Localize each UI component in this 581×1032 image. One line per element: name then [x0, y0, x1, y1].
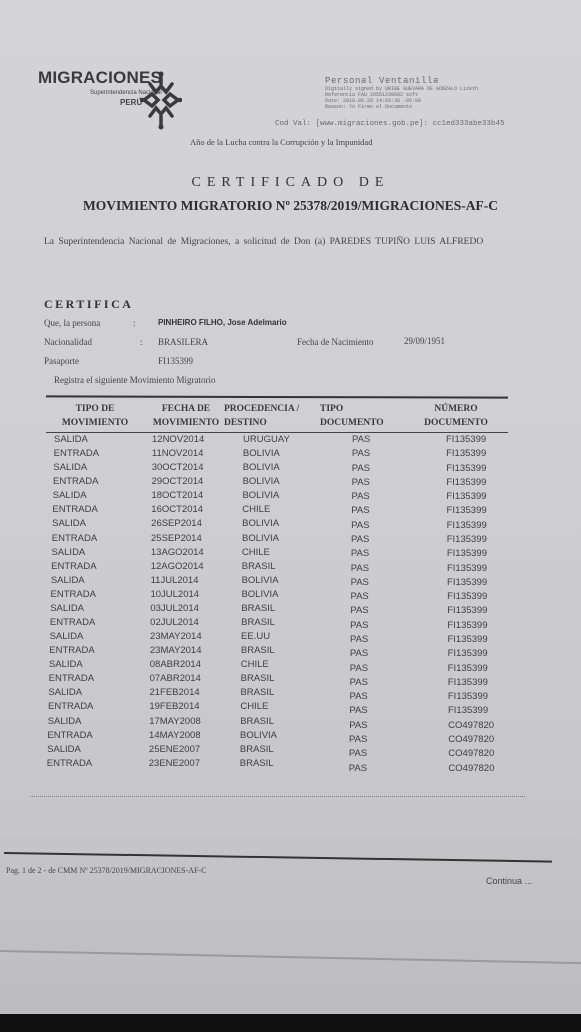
th-text: TIPODOCUMENTO: [320, 404, 384, 428]
certifica-heading: CERTIFICA: [44, 297, 133, 312]
table-row: SALIDA11JUL2014BOLIVIAPASFI135399: [0, 575, 470, 589]
movement-type: ENTRADA: [51, 561, 96, 572]
document-number: FI135399: [446, 434, 486, 445]
table-row: SALIDA17MAY2008BRASILPASCO497820: [0, 716, 470, 730]
colon: :: [133, 318, 136, 328]
origin-destination: BOLIVIA: [242, 533, 279, 544]
header-tipo-movimiento: TIPO DEMOVIMIENTO: [50, 402, 140, 430]
table-row: ENTRADA07ABR2014BRASILPASFI135399: [0, 673, 470, 687]
signature-line: Reason: Yo Firmo el Documento: [325, 104, 478, 110]
document-type: PAS: [351, 534, 369, 545]
document-type: PAS: [352, 463, 370, 474]
table-row: SALIDA13AGO2014CHILEPASFI135399: [0, 547, 470, 561]
header-procedencia-destino: PROCEDENCIA /DESTINO: [224, 402, 308, 430]
dark-background-edge: [0, 1014, 581, 1032]
movement-date: 29OCT2014: [152, 476, 204, 487]
movement-date: 03JUL2014: [150, 603, 199, 614]
table-row: SALIDA12NOV2014URUGUAYPASFI135399: [0, 434, 470, 448]
table-row: ENTRADA10JUL2014BOLIVIAPASFI135399: [0, 589, 470, 603]
document-number: FI135399: [447, 591, 487, 602]
document-number: FI135399: [448, 648, 488, 659]
document-page: MIGRACIONES Superintendencia Nacional PE…: [0, 0, 581, 1032]
document-type: PAS: [351, 520, 369, 531]
th-text: FECHA DEMOVIMIENTO: [153, 404, 219, 428]
header-tipo-documento: TIPODOCUMENTO: [320, 402, 390, 430]
document-number: FI135399: [446, 448, 486, 459]
document-number: FI135399: [447, 548, 487, 559]
document-subtitle: MOVIMIENTO MIGRATORIO Nº 25378/2019/MIGR…: [0, 198, 581, 214]
migraciones-emblem-icon: [140, 70, 182, 130]
registra-text: Registra el siguiente Movimiento Migrato…: [54, 375, 215, 385]
origin-destination: BOLIVIA: [240, 730, 277, 741]
signature-title: Personal Ventanilla: [325, 76, 478, 86]
document-number: FI135399: [446, 477, 486, 488]
continua-text: Continua ...: [486, 876, 532, 886]
table-row: SALIDA03JUL2014BRASILPASFI135399: [0, 603, 470, 617]
document-type: PAS: [350, 663, 368, 674]
document-number: FI135399: [447, 577, 487, 588]
movement-type: SALIDA: [50, 631, 84, 642]
document-number: FI135399: [447, 534, 487, 545]
movement-date: 23ENE2007: [149, 758, 200, 769]
document-type: PAS: [352, 477, 370, 488]
origin-destination: BOLIVIA: [243, 462, 280, 473]
document-number: FI135399: [447, 605, 487, 616]
movement-date: 25SEP2014: [151, 533, 202, 544]
document-number: FI135399: [446, 491, 486, 502]
origin-destination: CHILE: [241, 659, 269, 670]
movement-date: 12NOV2014: [152, 434, 204, 445]
document-type: PAS: [350, 605, 368, 616]
header-fecha-movimiento: FECHA DEMOVIMIENTO: [150, 402, 222, 430]
document-type: PAS: [350, 620, 368, 631]
page-info: Pag. 1 de 2 - de CMM Nº 25378/2019/MIGRA…: [6, 866, 206, 875]
th-text: PROCEDENCIA /DESTINO: [224, 404, 299, 428]
document-number: FI135399: [447, 620, 487, 631]
table-row: SALIDA25ENE2007BRASILPASCO497820: [0, 744, 470, 758]
table-row: ENTRADA19FEB2014CHILEPASFI135399: [0, 701, 470, 715]
origin-destination: BRASIL: [240, 758, 274, 769]
movement-type: SALIDA: [51, 575, 85, 586]
movement-type: SALIDA: [53, 490, 87, 501]
movement-type: SALIDA: [52, 518, 86, 529]
movement-date: 12AGO2014: [151, 561, 204, 572]
origin-destination: BRASIL: [240, 716, 274, 727]
table-row: ENTRADA12AGO2014BRASILPASFI135399: [0, 561, 470, 575]
passport-label: Pasaporte: [44, 356, 79, 366]
table-row: ENTRADA23ENE2007BRASILPASCO497820: [0, 758, 470, 772]
origin-destination: BOLIVIA: [242, 490, 279, 501]
movement-date: 14MAY2008: [149, 730, 201, 741]
table-row: ENTRADA29OCT2014BOLIVIAPASFI135399: [0, 476, 470, 490]
movement-date: 08ABR2014: [150, 659, 201, 670]
table-row: ENTRADA02JUL2014BRASILPASFI135399: [0, 617, 470, 631]
origin-destination: URUGUAY: [243, 434, 290, 445]
table-end-dotted-line: [30, 796, 525, 797]
table-row: SALIDA18OCT2014BOLIVIAPASFI135399: [0, 490, 470, 504]
document-type: PAS: [351, 577, 369, 588]
document-type: PAS: [349, 763, 367, 774]
document-number: CO497820: [448, 763, 494, 774]
movement-type: ENTRADA: [52, 504, 97, 515]
document-type: PAS: [351, 505, 369, 516]
birth-value: 29/09/1951: [404, 336, 445, 346]
origin-destination: BRASIL: [241, 645, 275, 656]
document-type: PAS: [351, 548, 369, 559]
footer-rule: [4, 852, 552, 863]
movement-date: 16OCT2014: [151, 504, 203, 515]
movement-date: 11NOV2014: [152, 448, 204, 459]
movement-date: 25ENE2007: [149, 744, 200, 755]
origin-destination: BOLIVIA: [243, 476, 280, 487]
origin-destination: BRASIL: [240, 744, 274, 755]
table-row: ENTRADA25SEP2014BOLIVIAPASFI135399: [0, 533, 470, 547]
movement-type: ENTRADA: [53, 476, 98, 487]
movement-date: 30OCT2014: [152, 462, 204, 473]
movement-type: ENTRADA: [52, 533, 97, 544]
table-row: SALIDA08ABR2014CHILEPASFI135399: [0, 659, 470, 673]
movement-type: ENTRADA: [47, 730, 92, 741]
table-row: ENTRADA16OCT2014CHILEPASFI135399: [0, 504, 470, 518]
year-motto: Año de la Lucha contra la Corrupción y l…: [190, 137, 372, 147]
movement-type: SALIDA: [51, 547, 85, 558]
origin-destination: CHILE: [242, 547, 270, 558]
person-value: PINHEIRO FILHO, Jose Adelmario: [158, 318, 287, 327]
document-title: CERTIFICADO DE: [0, 175, 581, 191]
movement-date: 02JUL2014: [150, 617, 199, 628]
movement-date: 23MAY2014: [150, 631, 202, 642]
table-top-rule: [46, 395, 508, 398]
document-type: PAS: [350, 677, 368, 688]
movement-type: ENTRADA: [49, 673, 94, 684]
table-row: ENTRADA23MAY2014BRASILPASFI135399: [0, 645, 470, 659]
document-number: FI135399: [447, 505, 487, 516]
movement-date: 10JUL2014: [150, 589, 199, 600]
document-number: FI135399: [448, 677, 488, 688]
logo-country: PERÚ: [120, 98, 142, 107]
origin-destination: BOLIVIA: [242, 518, 279, 529]
verification-code: Cod Val: [www.migraciones.gob.pe]: cc1ed…: [275, 120, 505, 128]
table-row: ENTRADA14MAY2008BOLIVIAPASCO497820: [0, 730, 470, 744]
origin-destination: EE.UU: [241, 631, 270, 642]
movement-type: ENTRADA: [48, 701, 93, 712]
origin-destination: BRASIL: [242, 561, 276, 572]
movement-date: 23MAY2014: [150, 645, 202, 656]
origin-destination: CHILE: [242, 504, 270, 515]
movement-date: 21FEB2014: [149, 687, 199, 698]
document-number: FI135399: [447, 520, 487, 531]
table-row: SALIDA26SEP2014BOLIVIAPASFI135399: [0, 518, 470, 532]
movement-date: 18OCT2014: [151, 490, 203, 501]
document-type: PAS: [352, 434, 370, 445]
movement-type: SALIDA: [53, 462, 87, 473]
th-text: TIPO DEMOVIMIENTO: [62, 404, 128, 428]
movement-type: ENTRADA: [51, 589, 96, 600]
movement-date: 17MAY2008: [149, 716, 201, 727]
movement-type: SALIDA: [48, 687, 82, 698]
table-row: SALIDA21FEB2014BRASILPASFI135399: [0, 687, 470, 701]
document-number: FI135399: [446, 463, 486, 474]
movement-date: 19FEB2014: [149, 701, 199, 712]
movement-type: SALIDA: [54, 434, 88, 445]
nationality-label: Nacionalidad: [44, 337, 92, 347]
movement-type: ENTRADA: [50, 617, 95, 628]
origin-destination: CHILE: [240, 701, 268, 712]
birth-label: Fecha de Nacimiento: [297, 337, 373, 347]
document-type: PAS: [351, 491, 369, 502]
origin-destination: BOLIVIA: [242, 575, 279, 586]
origin-destination: BRASIL: [241, 617, 275, 628]
movement-date: 13AGO2014: [151, 547, 204, 558]
movement-type: SALIDA: [49, 659, 83, 670]
colon: :: [140, 337, 143, 347]
origin-destination: BRASIL: [241, 603, 275, 614]
th-text: NÚMERODOCUMENTO: [424, 404, 488, 428]
movement-type: ENTRADA: [49, 645, 94, 656]
document-number: FI135399: [447, 563, 487, 574]
table-row: SALIDA30OCT2014BOLIVIAPASFI135399: [0, 462, 470, 476]
movement-date: 26SEP2014: [151, 518, 202, 529]
movement-date: 07ABR2014: [150, 673, 201, 684]
movement-type: SALIDA: [48, 716, 82, 727]
movement-type: ENTRADA: [54, 448, 99, 459]
passport-value: FI135399: [158, 356, 193, 366]
movement-type: SALIDA: [47, 744, 81, 755]
nationality-value: BRASILERA: [158, 337, 208, 347]
table-header-rule: [46, 432, 508, 433]
movement-date: 11JUL2014: [151, 575, 199, 586]
origin-destination: BOLIVIA: [241, 589, 278, 600]
table-row: ENTRADA11NOV2014BOLIVIAPASFI135399: [0, 448, 470, 462]
origin-destination: BRASIL: [240, 687, 274, 698]
movement-type: SALIDA: [50, 603, 84, 614]
table-row: SALIDA23MAY2014EE.UUPASFI135399: [0, 631, 470, 645]
paper-fold-edge: [0, 950, 581, 964]
document-type: PAS: [351, 563, 369, 574]
origin-destination: BRASIL: [241, 673, 275, 684]
document-type: PAS: [352, 448, 370, 459]
document-number: FI135399: [448, 663, 488, 674]
header-numero-documento: NÚMERODOCUMENTO: [416, 402, 496, 430]
movement-type: ENTRADA: [47, 758, 92, 769]
origin-destination: BOLIVIA: [243, 448, 280, 459]
intro-paragraph: La Superintendencia Nacional de Migracio…: [44, 232, 514, 252]
document-type: PAS: [350, 591, 368, 602]
document-type: PAS: [350, 648, 368, 659]
digital-signature-block: Personal Ventanilla Digitally signed by …: [325, 76, 478, 110]
person-label: Que, la persona: [44, 318, 100, 328]
document-number: FI135399: [447, 634, 487, 645]
document-type: PAS: [350, 634, 368, 645]
